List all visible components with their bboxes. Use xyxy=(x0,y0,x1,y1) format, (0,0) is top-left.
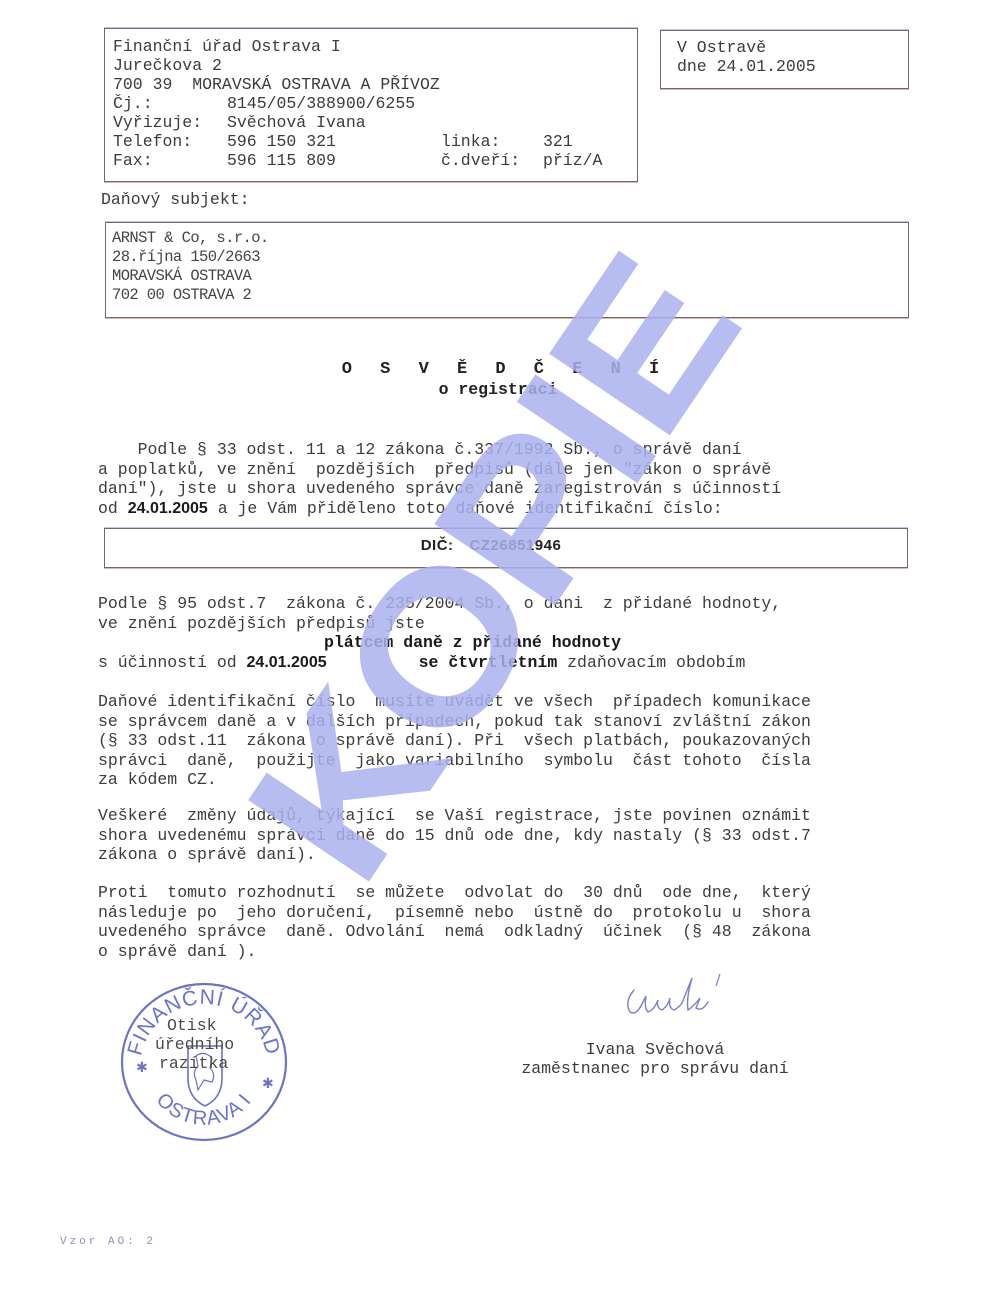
subject-postal: 702 00 OSTRAVA 2 xyxy=(112,286,269,305)
tax-period: se čtvrtletním xyxy=(419,653,558,672)
paragraph-tax-id-usage: Daňové identifikační číslo musíte uvádět… xyxy=(98,692,913,790)
para4-line: zákona o správě daní). xyxy=(98,845,913,865)
cj-value: 8145/05/388900/6255 xyxy=(227,94,415,113)
ext-value: 321 xyxy=(543,132,573,151)
para2-text: s účinností od xyxy=(98,653,247,672)
para2-text: zdaňovacím obdobím xyxy=(557,653,745,672)
place: V Ostravě xyxy=(677,38,816,57)
tax-id-box: DIČ:CZ26851946 xyxy=(104,528,908,568)
form-code: Vzor AO: 2 xyxy=(60,1236,156,1248)
office-street: Jurečkova 2 xyxy=(113,56,602,75)
para3-line: správci daně, použijte jako variabilního… xyxy=(98,751,913,771)
issue-date: dne 24.01.2005 xyxy=(677,57,816,76)
svg-text:✱: ✱ xyxy=(262,1075,274,1091)
para5-line: o správě daní ). xyxy=(98,942,913,962)
office-city: 700 39 MORAVSKÁ OSTRAVA A PŘÍVOZ xyxy=(113,75,602,94)
para2-line: Podle § 95 odst.7 zákona č. 235/2004 Sb.… xyxy=(98,594,913,614)
sender-box: Finanční úřad Ostrava I Jurečkova 2 700 … xyxy=(104,28,638,182)
signer-name: Ivana Svěchová xyxy=(500,1040,810,1059)
subject-label: Daňový subjekt: xyxy=(101,190,250,209)
phone-value: 596 150 321 xyxy=(227,132,441,151)
tax-id-label: DIČ: xyxy=(421,537,454,554)
para5-line: uvedeného správce daně. Odvolání nemá od… xyxy=(98,922,913,942)
paragraph-appeal: Proti tomuto rozhodnutí se můžete odvola… xyxy=(98,883,913,961)
vat-payer-status: plátcem daně z přidané hodnoty xyxy=(324,633,621,652)
para3-line: se správcem daně a v dalších případech, … xyxy=(98,712,913,732)
para5-line: Proti tomuto rozhodnutí se můžete odvola… xyxy=(98,883,913,903)
subject-name: ARNST & Co, s.r.o. xyxy=(112,229,269,248)
fax-label: Fax: xyxy=(113,151,227,170)
svg-text:✱: ✱ xyxy=(136,1059,148,1075)
office-name: Finanční úřad Ostrava I xyxy=(113,37,602,56)
subject-city: MORAVSKÁ OSTRAVA xyxy=(112,267,269,286)
title-main: O S V Ě D Č E N Í xyxy=(10,360,1000,379)
paragraph-registration: Podle § 33 odst. 11 a 12 zákona č.337/19… xyxy=(98,440,913,518)
paragraph-changes: Veškeré změny údajů, týkající se Vaší re… xyxy=(98,806,913,865)
para1-line: Podle § 33 odst. 11 a 12 zákona č.337/19… xyxy=(98,440,913,460)
subject-street: 28.října 150/2663 xyxy=(112,248,269,267)
door-value: příz/A xyxy=(543,151,602,170)
handler-value: Svěchová Ivana xyxy=(227,113,366,132)
para4-line: shora uvedenému správci daně do 15 dnů o… xyxy=(98,826,913,846)
para4-line: Veškeré změny údajů, týkající se Vaší re… xyxy=(98,806,913,826)
signature-icon xyxy=(612,968,752,1028)
stamp-placeholder-text: Otisk úředního razítka xyxy=(155,1016,234,1073)
para3-line: (§ 33 odst.11 zákona o správě daní). Při… xyxy=(98,731,913,751)
stamp-overlay-line: Otisk xyxy=(155,1016,234,1035)
ext-label: linka: xyxy=(441,132,543,151)
para1-text: a je Vám přiděleno toto daňové identifik… xyxy=(208,499,723,518)
para3-line: za kódem CZ. xyxy=(98,770,913,790)
para2-line: ve znění pozdějších předpisů jste xyxy=(98,614,913,634)
svg-text:OSTRAVA I: OSTRAVA I xyxy=(152,1089,256,1130)
para5-line: následuje po jeho doručení, písemně nebo… xyxy=(98,903,913,923)
phone-label: Telefon: xyxy=(113,132,227,151)
para1-text: od xyxy=(98,499,128,518)
signer-block: Ivana Svěchová zaměstnanec pro správu da… xyxy=(500,1040,810,1078)
para1-line: a poplatků, ve znění pozdějších předpisů… xyxy=(98,460,913,480)
paragraph-vat: Podle § 95 odst.7 zákona č. 235/2004 Sb.… xyxy=(98,594,913,672)
subject-box: ARNST & Co, s.r.o. 28.října 150/2663 MOR… xyxy=(105,222,909,318)
registration-date: 24.01.2005 xyxy=(128,500,208,517)
para3-line: Daňové identifikační číslo musíte uvádět… xyxy=(98,692,913,712)
tax-id-value: CZ26851946 xyxy=(470,537,562,554)
handler-label: Vyřizuje: xyxy=(113,113,227,132)
para1-line: daní"), jste u shora uvedeného správce d… xyxy=(98,479,913,499)
door-label: č.dveří: xyxy=(441,151,543,170)
title-sub: o registraci xyxy=(0,380,1000,399)
place-date-box: V Ostravě dne 24.01.2005 xyxy=(660,30,909,89)
cj-label: Čj.: xyxy=(113,94,227,113)
document-title: O S V Ě D Č E N Í o registraci xyxy=(0,360,1000,399)
signer-role: zaměstnanec pro správu daní xyxy=(500,1059,810,1078)
vat-effective-date: 24.01.2005 xyxy=(247,654,327,671)
stamp-overlay-line: razítka xyxy=(155,1054,234,1073)
fax-value: 596 115 809 xyxy=(227,151,441,170)
stamp-overlay-line: úředního xyxy=(155,1035,234,1054)
